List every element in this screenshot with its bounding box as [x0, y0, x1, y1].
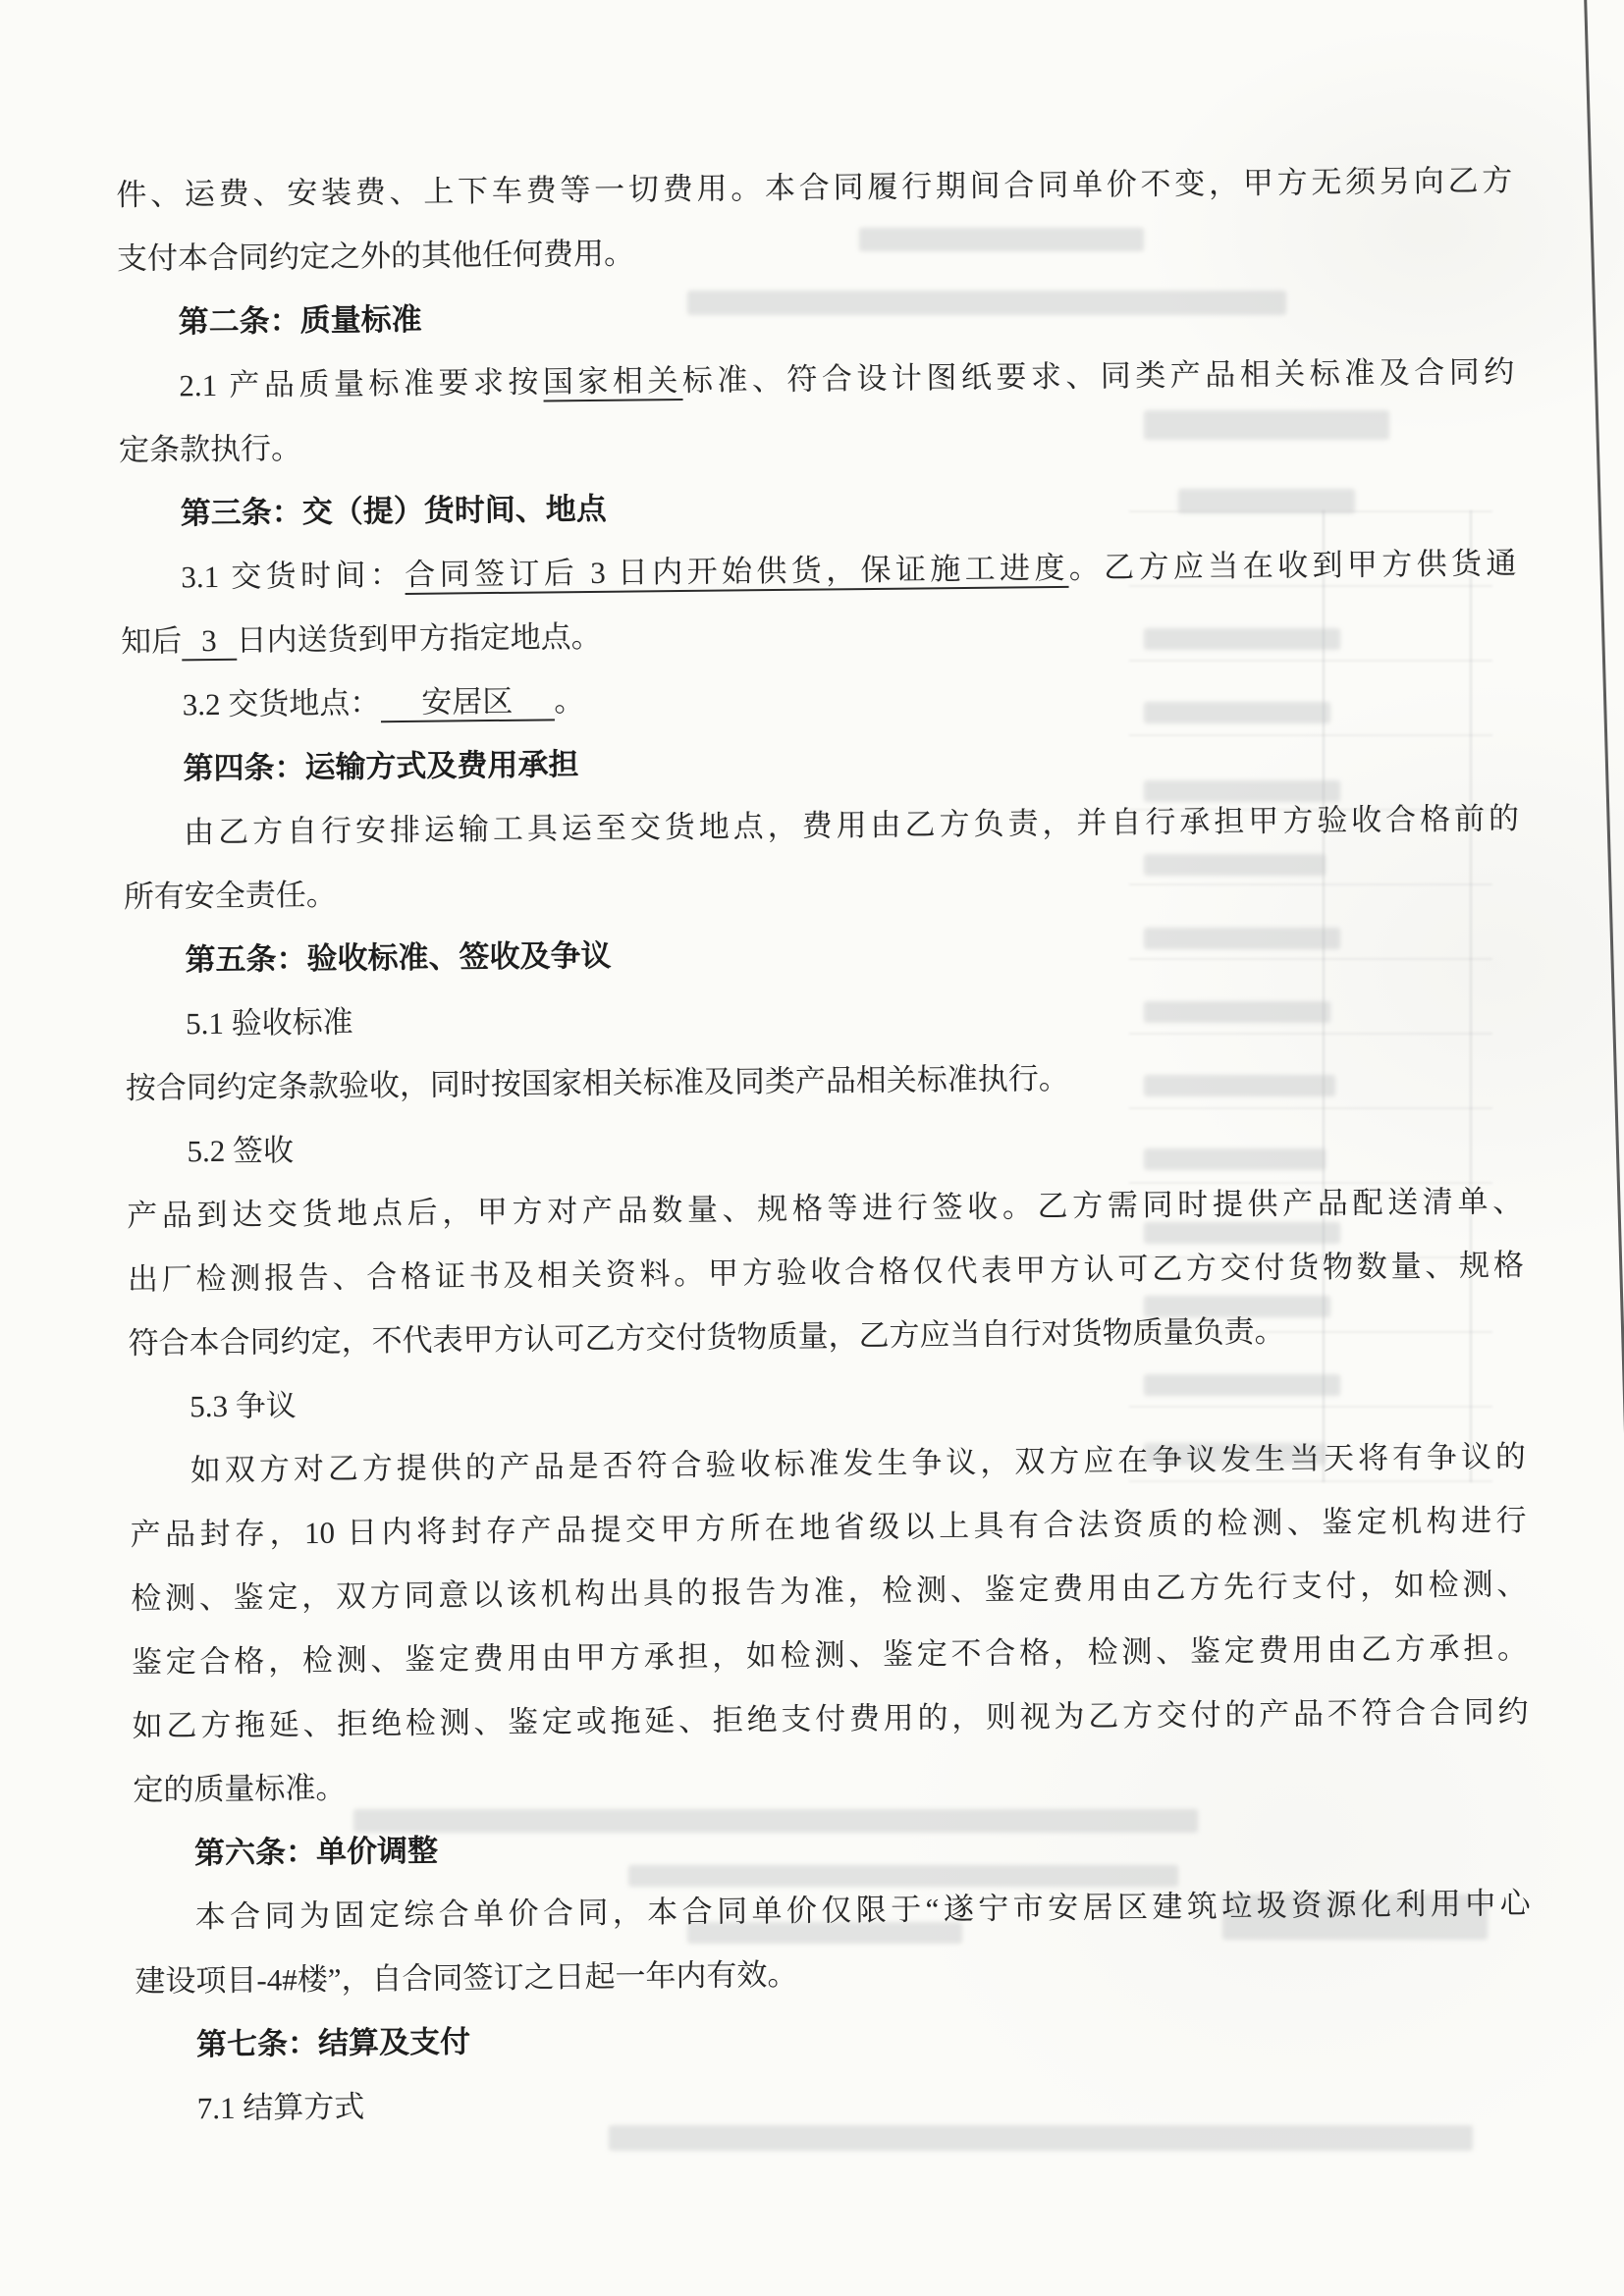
- text-run: 支付本合同约定之外的其他任何费用。: [117, 236, 634, 276]
- heading-run: 第二条：质量标准: [179, 302, 422, 340]
- heading-run: 第六条：单价调整: [194, 1834, 438, 1871]
- text-run: 3.2 交货地点：: [183, 685, 381, 721]
- text-run: 检测、鉴定，双方同意以该机构出具的报告为准，检测、鉴定费用由乙方先行支付，如检测…: [131, 1567, 1527, 1616]
- blank-fill-run: 安居区: [380, 683, 554, 722]
- heading-run: 第七条：结算及支付: [196, 2024, 470, 2061]
- text-run: 7.1 结算方式: [197, 2089, 365, 2125]
- text-run: 定条款执行。: [119, 431, 301, 467]
- text-run: 本合同为固定综合单价合同，本合同单价仅限于“遂宁市安居区建筑垃圾资源化利用中心: [195, 1886, 1531, 1934]
- heading-run: 第五条：验收标准、签收及争议: [185, 938, 611, 978]
- contract-text: 件、运费、安装费、上下车费等一切费用。本合同履行期间合同单价不变，甲方无须另向乙…: [116, 148, 1533, 2141]
- text-run: 。乙方应当在收到甲方供货通: [1069, 546, 1517, 585]
- text-run: 知后: [121, 623, 182, 659]
- text-run: 出厂检测报告、合格证书及相关资料。甲方验收合格仅代表甲方认可乙方交付货物数量、规…: [128, 1248, 1524, 1297]
- heading-run: 第四条：运输方式及费用承担: [183, 747, 578, 785]
- text-run: 产品封存，10 日内将封存产品提交甲方所在地省级以上具有合法资质的检测、鉴定机构…: [130, 1503, 1526, 1552]
- text-run: 按合同约定条款验收，同时按国家相关标准及同类产品相关标准执行。: [126, 1061, 1069, 1105]
- text-run: 由乙方自行安排运输工具运至交货地点，费用由乙方负责，并自行承担甲方验收合格前的: [184, 801, 1519, 849]
- text-run: 建设项目-4#楼”，自合同签订之日起一年内有效。: [135, 1957, 797, 1999]
- text-run: 标准、符合设计图纸要求、同类产品相关标准及合同约: [682, 354, 1515, 398]
- text-run: 符合本合同约定，不代表甲方认可乙方交付货物质量，乙方应当自行对货物质量负责。: [128, 1314, 1284, 1361]
- page-edge-scan-line: [1584, 0, 1624, 1527]
- text-run: 。: [554, 683, 584, 718]
- scanned-contract-page: 件、运费、安装费、上下车费等一切费用。本合同履行期间合同单价不变，甲方无须另向乙…: [0, 0, 1624, 2296]
- text-run: 日内送货到甲方指定地点。: [236, 619, 601, 658]
- text-run: 如双方对乙方提供的产品是否符合验收标准发生争议，双方应在争议发生当天将有争议的: [190, 1439, 1526, 1487]
- blank-fill-run: 3: [182, 623, 237, 662]
- text-run: 3.1 交货时间：: [181, 558, 405, 594]
- text-run: 所有安全责任。: [124, 878, 337, 914]
- text-run: 件、运费、安装费、上下车费等一切费用。本合同履行期间合同单价不变，甲方无须另向乙…: [116, 163, 1512, 212]
- text-run: 5.1 验收标准: [186, 1005, 353, 1041]
- text-run: 鉴定合格，检测、鉴定费用由甲方承担，如检测、鉴定不合格，检测、鉴定费用由乙方承担…: [132, 1630, 1528, 1680]
- heading-run: 第三条：交（提）货时间、地点: [181, 492, 607, 531]
- text-run: 定的质量标准。: [133, 1771, 346, 1807]
- text-run: 5.2 签收: [187, 1133, 294, 1168]
- text-run: 2.1 产品质量标准要求按: [179, 364, 543, 402]
- underlined-run: 国家相关: [543, 363, 682, 401]
- underlined-run: 合同签订后 3 日内开始供货，保证施工进度: [405, 551, 1069, 595]
- text-run: 如乙方拖延、拒绝检测、鉴定或拖延、拒绝支付费用的，则视为乙方交付的产品不符合合同…: [132, 1694, 1528, 1743]
- text-run: 5.3 争议: [189, 1388, 297, 1423]
- text-run: 产品到达交货地点后，甲方对产品数量、规格等进行签收。乙方需同时提供产品配送清单、: [127, 1184, 1523, 1233]
